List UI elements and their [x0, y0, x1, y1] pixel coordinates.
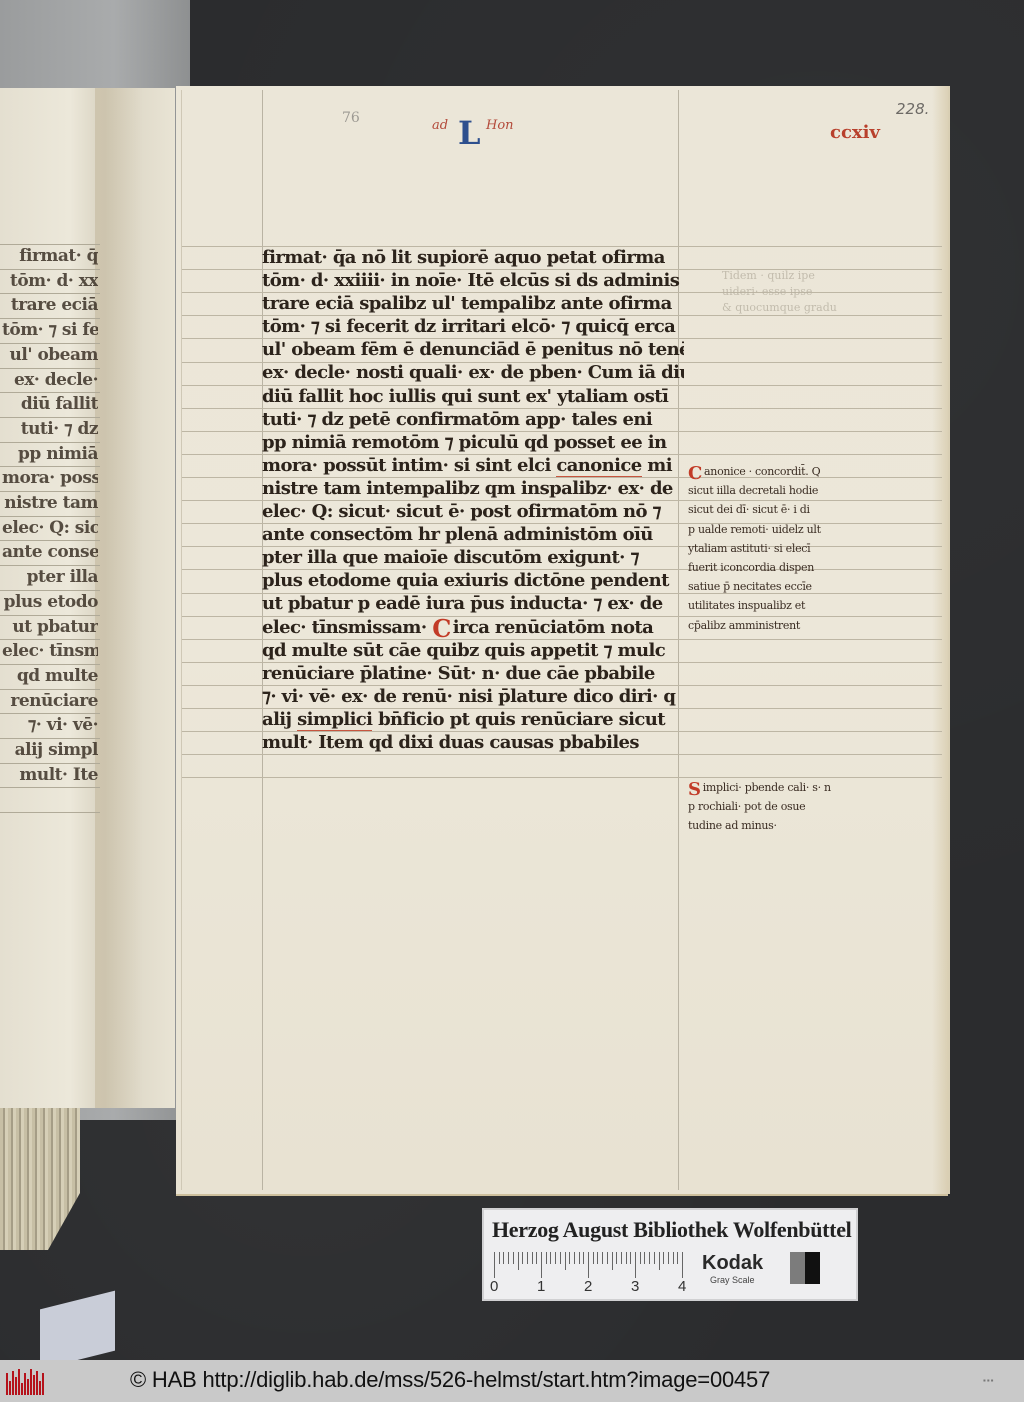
text-line: ante consectōm hr plenā administōm oīū [262, 523, 684, 546]
verso-ruling-line [0, 540, 100, 541]
logo-bar [18, 1369, 20, 1395]
text-line: mult· Item qd dixi duas causas pbabiles [262, 731, 684, 754]
verso-line: trare eciā [2, 293, 98, 318]
verso-line: tōm· ⁊ si fe [2, 318, 98, 343]
folio-number-roman: ccxiv [830, 122, 880, 143]
gloss-line: satiue p̄ necitates eccīe [688, 577, 868, 596]
verso-ruling-line [0, 269, 100, 270]
gloss-line: fuerit iconcordia dispen [688, 558, 868, 577]
verso-line: ex· decle· [2, 368, 98, 393]
ruler-number: 3 [631, 1278, 639, 1295]
ruler-number: 4 [678, 1278, 686, 1295]
ruler-tick [635, 1252, 636, 1278]
gloss-line: utilitates inspualibz et [688, 596, 868, 615]
verso-line: qd multe [2, 664, 98, 689]
verso-ruling-line [0, 491, 100, 492]
running-head-prefix-text: ad [432, 118, 448, 133]
text-line: firmat· q̄a nō lit supiorē aquo petat of… [262, 246, 684, 269]
ruler-tick [673, 1252, 674, 1264]
verso-line: ut pbatur [2, 615, 98, 640]
text-line: mora· possūt intim· si sint elci canonic… [262, 454, 684, 477]
ruler-tick [527, 1252, 528, 1264]
card-title: Herzog August Bibliothek Wolfenbüttel [492, 1217, 851, 1243]
underlined-lemma: canonice [556, 455, 641, 477]
verso-ruling-line [0, 713, 100, 714]
verso-line: nistre tam [2, 491, 98, 516]
ruler-tick [654, 1252, 655, 1264]
running-head-suffix: Hon [486, 118, 514, 133]
ruler-tick [588, 1252, 589, 1278]
verso-line: firmat· q̄ [2, 244, 98, 269]
gloss-line: sicut iilla decretali hodie [688, 481, 868, 500]
text-line: nistre tam intempalibz qm inspalibz· ex·… [262, 477, 684, 500]
ruling-vertical-gutter [181, 90, 182, 1190]
text-line: pp nimiā remotōm ⁊ piculū qd posset ee i… [262, 431, 684, 454]
ruler-tick [555, 1252, 556, 1264]
hab-barcode-logo-icon[interactable] [6, 1369, 46, 1395]
kodak-subtitle: Gray Scale [710, 1275, 755, 1285]
running-head-initial: L [458, 114, 481, 152]
logo-bar [33, 1375, 35, 1395]
gray-patch [790, 1252, 805, 1284]
rubric-initial: C [432, 617, 451, 639]
ruler-tick [612, 1252, 613, 1270]
verso-ruling-line [0, 293, 100, 294]
main-text-column: firmat· q̄a nō lit supiorē aquo petat of… [262, 246, 684, 754]
logo-bar [30, 1369, 32, 1395]
logo-bar [21, 1383, 23, 1395]
verso-line: ⁊· vi· vē· [2, 713, 98, 738]
ruler-tick [626, 1252, 627, 1264]
ruler-tick [630, 1252, 631, 1264]
ruler-tick [494, 1252, 495, 1278]
running-head-prefix: ad [432, 118, 448, 133]
color-calibration-card: Herzog August Bibliothek Wolfenbüttel Ko… [482, 1208, 858, 1301]
ruler-number: 1 [537, 1278, 545, 1295]
logo-bar [27, 1379, 29, 1395]
ruler-tick [602, 1252, 603, 1264]
ghost-line: Tidem · quilz ipe [722, 268, 837, 284]
verso-line: pter illa [2, 565, 98, 590]
logo-bar [12, 1371, 14, 1395]
verso-ruling-line [0, 664, 100, 665]
logo-bar [15, 1377, 17, 1395]
offset-ghost-text: Tidem · quilz ipeuideri· esse ipse& quoc… [722, 268, 837, 316]
ghost-line: uideri· esse ipse [722, 284, 837, 300]
text-line: tōm· d· xxiiii· in noīe· Itē elcūs si ds… [262, 269, 684, 292]
scan-background: firmat· q̄tōm· d· xxtrare eciātōm· ⁊ si … [0, 0, 1024, 1360]
ruler-tick [569, 1252, 570, 1264]
verso-ruling-line [0, 343, 100, 344]
text-line: trare eciā spalibz ul' tempalibz ante of… [262, 292, 684, 315]
logo-bar [36, 1371, 38, 1395]
verso-ruling-line [0, 244, 100, 245]
verso-line: renūciare [2, 689, 98, 714]
logo-bar [6, 1373, 8, 1395]
ruler-tick [508, 1252, 509, 1264]
ruler-tick [513, 1252, 514, 1264]
verso-ruling-line [0, 763, 100, 764]
ruler-scale [494, 1252, 684, 1278]
ruler-tick [503, 1252, 504, 1264]
logo-bar [42, 1373, 44, 1395]
ruler-tick [621, 1252, 622, 1264]
ruler-number: 2 [584, 1278, 592, 1295]
gloss-line: p rochiali· pot de osue [688, 797, 868, 816]
marginal-gloss-canonice: Canonice · concordit̄. Qsicut iilla decr… [688, 462, 868, 635]
ruler-tick [649, 1252, 650, 1264]
verso-line: alij simpl [2, 738, 98, 763]
gloss-line: cp̄alibz amministrent [688, 616, 868, 635]
ruler-tick [640, 1252, 641, 1264]
text-line: renūciare p̄latine· Sūt· n· due cāe pbab… [262, 662, 684, 685]
verso-ruling-line [0, 417, 100, 418]
footer-marker: ▪▪▪ [983, 1376, 995, 1385]
verso-ruling-line [0, 392, 100, 393]
kodak-brand: Kodak [702, 1252, 763, 1275]
copyright-link[interactable]: © HAB http://diglib.hab.de/mss/526-helms… [130, 1367, 770, 1393]
verso-line: elec· Q: sic [2, 516, 98, 541]
verso-ruling-line [0, 812, 100, 813]
text-line: qd multe sūt cāe quibz quis appetit ⁊ mu… [262, 639, 684, 662]
ruler-tick [607, 1252, 608, 1264]
verso-ruling-line [0, 738, 100, 739]
ruler-tick [597, 1252, 598, 1264]
ruler-tick [574, 1252, 575, 1264]
ruler-tick [522, 1252, 523, 1264]
ruler-tick [541, 1252, 542, 1278]
text-line: ex· decle· nosti quali· ex· de pben· Cum… [262, 361, 684, 384]
ruler-tick [663, 1252, 664, 1264]
verso-ruling-line [0, 787, 100, 788]
verso-ruling-line [0, 368, 100, 369]
underlined-lemma: simplici [297, 709, 372, 731]
verso-ruling-line [0, 318, 100, 319]
verso-line: plus etodo [2, 590, 98, 615]
logo-bar [9, 1381, 11, 1395]
text-line: ul' obeam fēm ē denunciād ē penitus nō t… [262, 338, 684, 361]
text-line: elec· tīnsmissam· Circa renūciatōm nota [262, 616, 684, 639]
ruling-line [182, 754, 942, 755]
logo-bar [24, 1373, 26, 1395]
folio-number-pencil: 228. [896, 100, 929, 118]
ruler-tick [644, 1252, 645, 1264]
logo-bar [39, 1381, 41, 1395]
verso-ruling-line [0, 516, 100, 517]
gloss-line: ytaliam astituti· si elecī [688, 539, 868, 558]
ruler-tick [682, 1252, 683, 1278]
gray-patch [805, 1252, 820, 1284]
ruler-tick [659, 1252, 660, 1270]
pencil-mark: 76 [342, 110, 360, 126]
ghost-line: & quocumque gradu [722, 300, 837, 316]
ruler-tick [668, 1252, 669, 1264]
text-line: tuti· ⁊ dz petē confirmatōm app· tales e… [262, 408, 684, 431]
ruler-tick [616, 1252, 617, 1264]
ruler-tick [532, 1252, 533, 1264]
text-line: elec· Q: sicut· sicut ē· post ofirmatōm … [262, 500, 684, 523]
ruler-tick [583, 1252, 584, 1264]
ruler-tick [565, 1252, 566, 1270]
viewer-footer: © HAB http://diglib.hab.de/mss/526-helms… [0, 1360, 1024, 1402]
verso-line: pp nimiā [2, 442, 98, 467]
gloss-line: sicut dei dī· sicut ē· i di [688, 500, 868, 519]
gloss-line: p ualde remoti· uidelz ult [688, 520, 868, 539]
text-line: ut pbatur p eadē iura p̄us inducta· ⁊ ex… [262, 592, 684, 615]
verso-ruling-line [0, 565, 100, 566]
text-line: alij simplici bn̄ficio pt quis renūciare… [262, 708, 684, 731]
verso-ruling-line [0, 466, 100, 467]
gloss-line: Simplici· pbende cali· s· n [688, 778, 868, 797]
ruler-tick [593, 1252, 594, 1264]
gutter-shadow [95, 88, 175, 1108]
verso-line: mult· Ite [2, 763, 98, 788]
page-edge [932, 86, 948, 1194]
ruler-tick [499, 1252, 500, 1264]
ruler-tick [550, 1252, 551, 1264]
verso-line: ul' obeam [2, 343, 98, 368]
ruler-tick [536, 1252, 537, 1264]
gloss-line: tudine ad minus· [688, 816, 868, 835]
verso-line: mora· poss [2, 466, 98, 491]
ruler-number: 0 [490, 1278, 498, 1295]
verso-line: tuti· ⁊ dz [2, 417, 98, 442]
gray-scale-swatch [790, 1252, 820, 1284]
ruler-tick [579, 1252, 580, 1264]
ruler-tick [677, 1252, 678, 1264]
ruler-tick [518, 1252, 519, 1270]
verso-line: diū fallit [2, 392, 98, 417]
ruler-tick [546, 1252, 547, 1264]
verso-ruling-line [0, 639, 100, 640]
gloss-line: Canonice · concordit̄. Q [688, 462, 868, 481]
text-line: pter illa que maioīe discutōm exigunt· ⁊ [262, 546, 684, 569]
verso-line: tōm· d· xx [2, 269, 98, 294]
text-line: diū fallit hoc iullis qui sunt ex' ytali… [262, 385, 684, 408]
verso-line: elec· tīnsm [2, 639, 98, 664]
verso-ruling-line [0, 442, 100, 443]
text-line: plus etodome quia exiuris dictōne penden… [262, 569, 684, 592]
text-line: tōm· ⁊ si fecerit dz irritari elcō· ⁊ qu… [262, 315, 684, 338]
verso-ruling-line [0, 590, 100, 591]
ruler-tick [560, 1252, 561, 1264]
text-line: ⁊· vi· vē· ex· de renū· nisi p̄lature di… [262, 685, 684, 708]
verso-ruling-line [0, 689, 100, 690]
marginal-gloss-simplici: Simplici· pbende cali· s· np rochiali· p… [688, 778, 868, 836]
verso-ruling-line [0, 615, 100, 616]
verso-line: ante consec [2, 540, 98, 565]
